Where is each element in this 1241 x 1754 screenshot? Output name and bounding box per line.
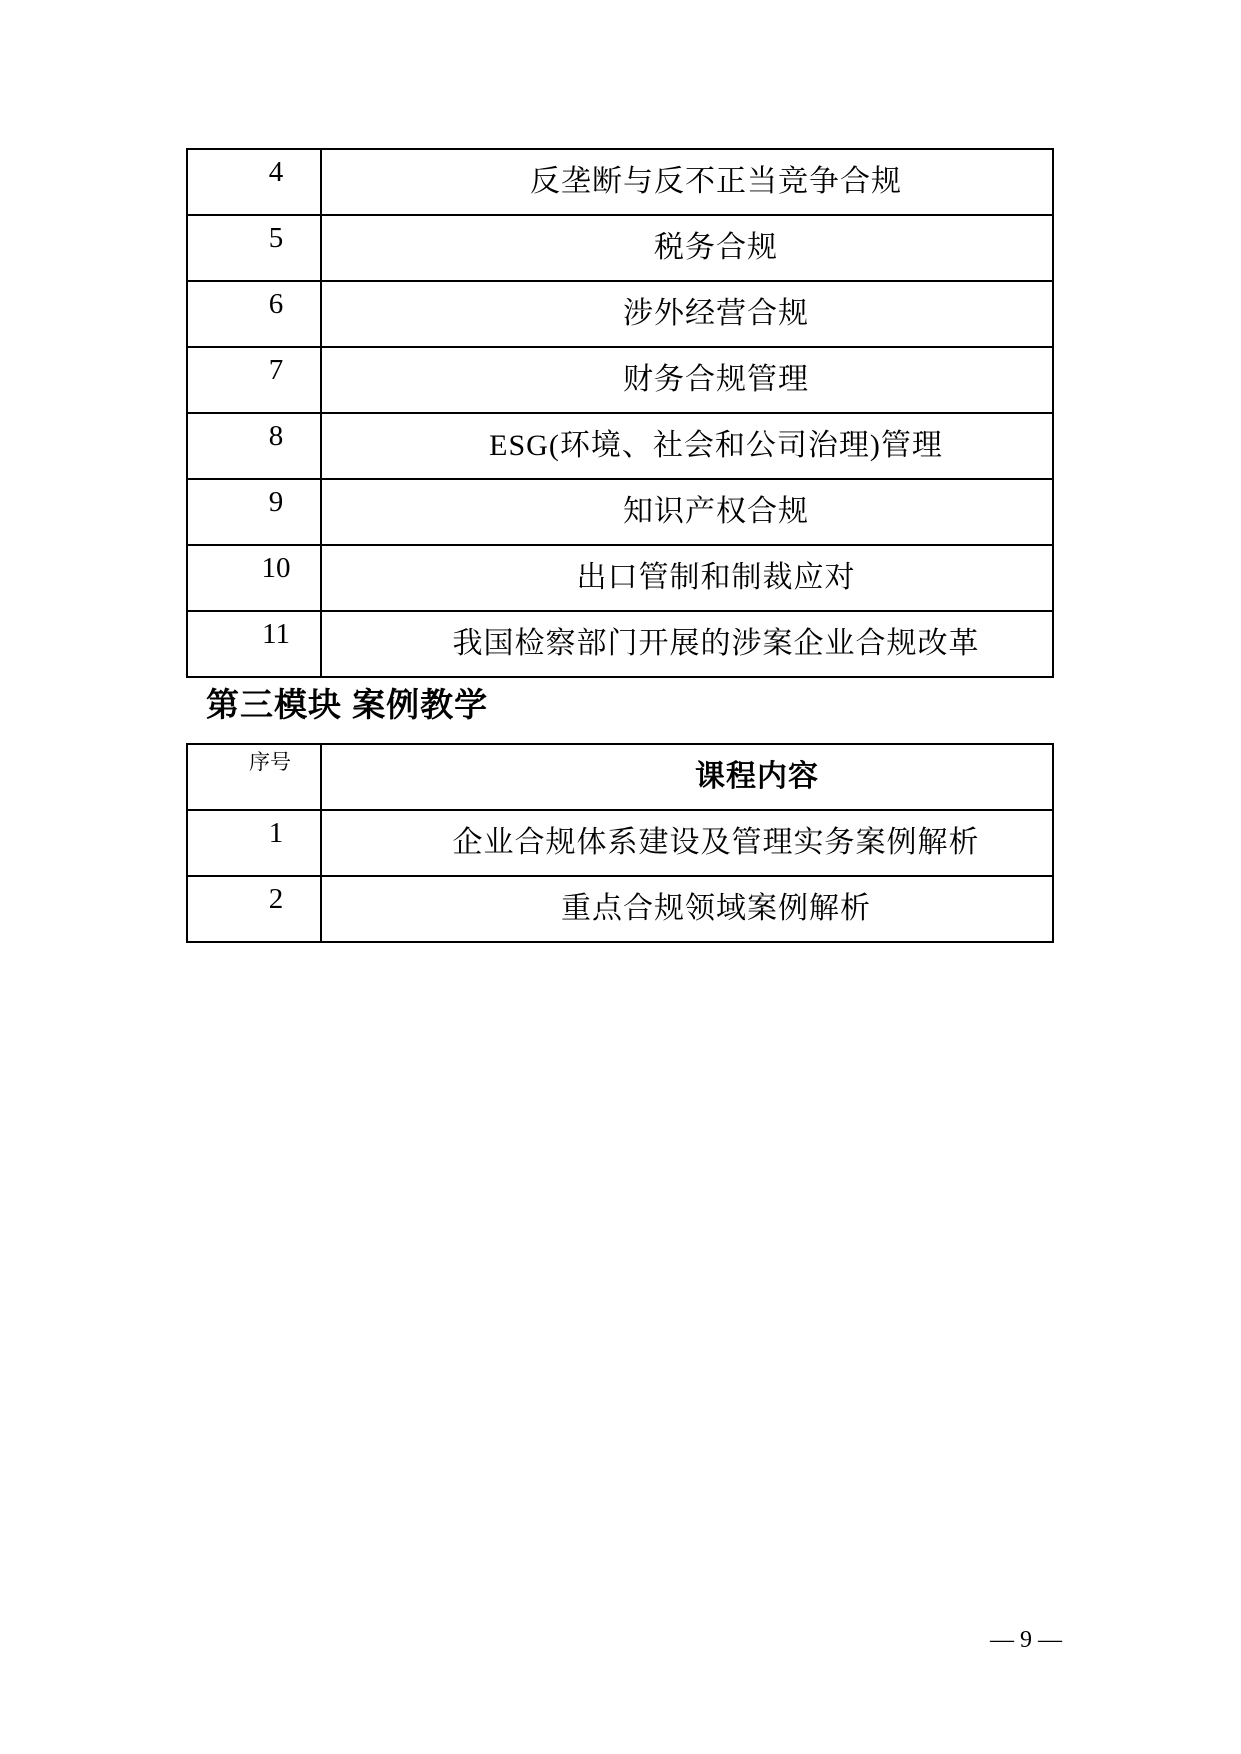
row-number-cell: 5	[187, 215, 321, 281]
document-page: 4 反垄断与反不正当竞争合规 5 税务合规 6 涉外经营合规 7 财务合规管理 …	[0, 0, 1241, 1754]
course-content-cell: 知识产权合规	[321, 479, 1053, 545]
course-content-cell: ESG(环境、社会和公司治理)管理	[321, 413, 1053, 479]
row-number-cell: 11	[187, 611, 321, 677]
table-row: 5 税务合规	[187, 215, 1053, 281]
module2-course-table: 4 反垄断与反不正当竞争合规 5 税务合规 6 涉外经营合规 7 财务合规管理 …	[186, 148, 1054, 678]
course-content-cell: 出口管制和制裁应对	[321, 545, 1053, 611]
table-row: 2 重点合规领域案例解析	[187, 876, 1053, 942]
table-row: 10 出口管制和制裁应对	[187, 545, 1053, 611]
course-content-cell: 企业合规体系建设及管理实务案例解析	[321, 810, 1053, 876]
module3-case-teaching-table: 序号 课程内容 1 企业合规体系建设及管理实务案例解析 2 重点合规领域案例解析	[186, 743, 1054, 943]
table-row: 4 反垄断与反不正当竞争合规	[187, 149, 1053, 215]
row-number-cell: 4	[187, 149, 321, 215]
row-number-cell: 8	[187, 413, 321, 479]
course-content-header-cell: 课程内容	[321, 744, 1053, 810]
course-content-cell: 反垄断与反不正当竞争合规	[321, 149, 1053, 215]
table-row: 1 企业合规体系建设及管理实务案例解析	[187, 810, 1053, 876]
serial-number-header-cell: 序号	[187, 744, 321, 810]
table-row: 9 知识产权合规	[187, 479, 1053, 545]
course-content-cell: 财务合规管理	[321, 347, 1053, 413]
row-number-cell: 10	[187, 545, 321, 611]
course-content-cell: 我国检察部门开展的涉案企业合规改革	[321, 611, 1053, 677]
table-row: 11 我国检察部门开展的涉案企业合规改革	[187, 611, 1053, 677]
module3-section-heading: 第三模块 案例教学	[206, 684, 488, 726]
row-number-cell: 2	[187, 876, 321, 942]
row-number-cell: 6	[187, 281, 321, 347]
table-row: 7 财务合规管理	[187, 347, 1053, 413]
table-row: 6 涉外经营合规	[187, 281, 1053, 347]
course-content-cell: 税务合规	[321, 215, 1053, 281]
table-header-row: 序号 课程内容	[187, 744, 1053, 810]
page-number: — 9 —	[946, 1626, 1106, 1654]
course-content-cell: 涉外经营合规	[321, 281, 1053, 347]
row-number-cell: 1	[187, 810, 321, 876]
course-content-cell: 重点合规领域案例解析	[321, 876, 1053, 942]
row-number-cell: 9	[187, 479, 321, 545]
table-row: 8 ESG(环境、社会和公司治理)管理	[187, 413, 1053, 479]
row-number-cell: 7	[187, 347, 321, 413]
